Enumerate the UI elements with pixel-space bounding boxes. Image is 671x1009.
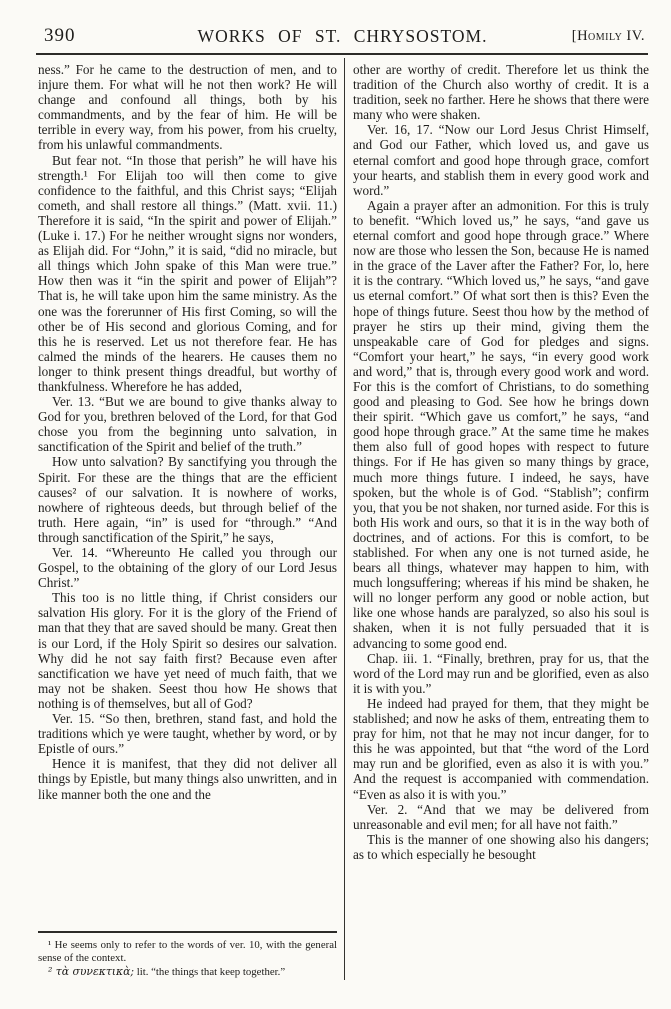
footnote-rule <box>38 931 337 933</box>
page-header: 390 WORKS OF ST. CHRYSOSTOM. [Homily IV. <box>38 24 647 50</box>
paragraph: ness.” For he came to the destruction of… <box>38 62 337 153</box>
right-column: other are worthy of credit. Therefore le… <box>353 62 649 984</box>
running-title: WORKS OF ST. CHRYSOSTOM. <box>38 26 647 47</box>
paragraph: How unto salvation? By sanctifying you t… <box>38 454 337 545</box>
paragraph: This too is no little thing, if Christ c… <box>38 590 337 711</box>
footnote-2-greek: ² τὰ συνεκτικὰ; <box>48 965 134 978</box>
paragraph: Ver. 14. “Whereunto He called you throug… <box>38 545 337 590</box>
paragraph: Ver. 13. “But we are bound to give thank… <box>38 394 337 454</box>
footnote-2: ² τὰ συνεκτικὰ; lit. “the things that ke… <box>38 965 337 979</box>
paragraph: other are worthy of credit. Therefore le… <box>353 62 649 122</box>
footnote-2-text: lit. “the things that keep together.” <box>134 966 285 978</box>
paragraph: But fear not. “In those that perish” he … <box>38 153 337 395</box>
header-rule <box>36 53 648 55</box>
paragraph: Ver. 16, 17. “Now our Lord Jesus Christ … <box>353 122 649 197</box>
paragraph: Hence it is manifest, that they did not … <box>38 756 337 801</box>
paragraph: Ver. 2. “And that we may be delivered fr… <box>353 802 649 832</box>
left-column: ness.” For he came to the destruction of… <box>38 62 337 924</box>
paragraph: He indeed had prayed for them, that they… <box>353 696 649 802</box>
footnote-1: ¹ He seems only to refer to the words of… <box>38 939 337 965</box>
book-page: 390 WORKS OF ST. CHRYSOSTOM. [Homily IV.… <box>0 0 671 1009</box>
paragraph: Chap. iii. 1. “Finally, brethren, pray f… <box>353 651 649 696</box>
paragraph: Ver. 15. “So then, brethren, stand fast,… <box>38 711 337 756</box>
column-divider <box>344 58 345 980</box>
footnotes: ¹ He seems only to refer to the words of… <box>38 939 337 999</box>
paragraph: Again a prayer after an admonition. For … <box>353 198 649 651</box>
homily-label: [Homily IV. <box>572 28 645 45</box>
paragraph: This is the manner of one showing also h… <box>353 832 649 862</box>
